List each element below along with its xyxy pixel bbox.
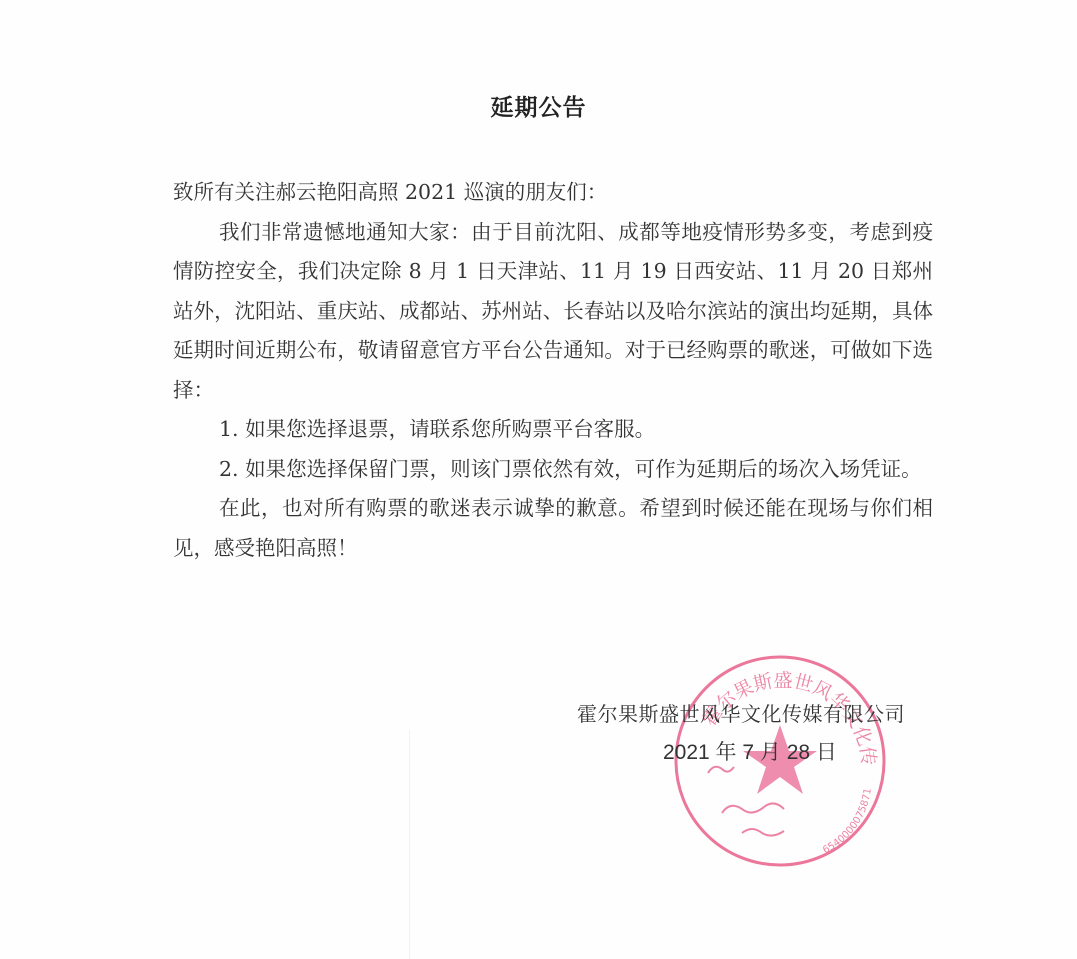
signature-date: 2021 年 7 月 28 日	[577, 734, 927, 772]
scan-edge-line	[409, 730, 410, 959]
paragraph-apology: 在此，也对所有购票的歌迷表示诚挚的歉意。希望到时候还能在现场与你们相见，感受艳阳…	[173, 489, 933, 568]
document-page: 延期公告 致所有关注郝云艳阳高照 2021 巡演的朋友们： 我们非常遗憾地通知大…	[0, 0, 1077, 959]
signature-block: 霍尔果斯盛世风华文化传媒有限公司 2021 年 7 月 28 日	[577, 695, 927, 772]
document-title: 延期公告	[0, 89, 1077, 122]
paragraph-notice: 我们非常遗憾地通知大家：由于目前沈阳、成都等地疫情形势多变，考虑到疫情防控安全，…	[173, 213, 933, 411]
document-body: 致所有关注郝云艳阳高照 2021 巡演的朋友们： 我们非常遗憾地通知大家：由于目…	[173, 173, 933, 568]
signature-company: 霍尔果斯盛世风华文化传媒有限公司	[577, 695, 927, 733]
paragraph-option-refund: 1. 如果您选择退票，请联系您所购票平台客服。	[173, 410, 933, 450]
paragraph-option-keep: 2. 如果您选择保留门票，则该门票依然有效，可作为延期后的场次入场凭证。	[173, 450, 933, 490]
greeting-line: 致所有关注郝云艳阳高照 2021 巡演的朋友们：	[173, 173, 933, 213]
